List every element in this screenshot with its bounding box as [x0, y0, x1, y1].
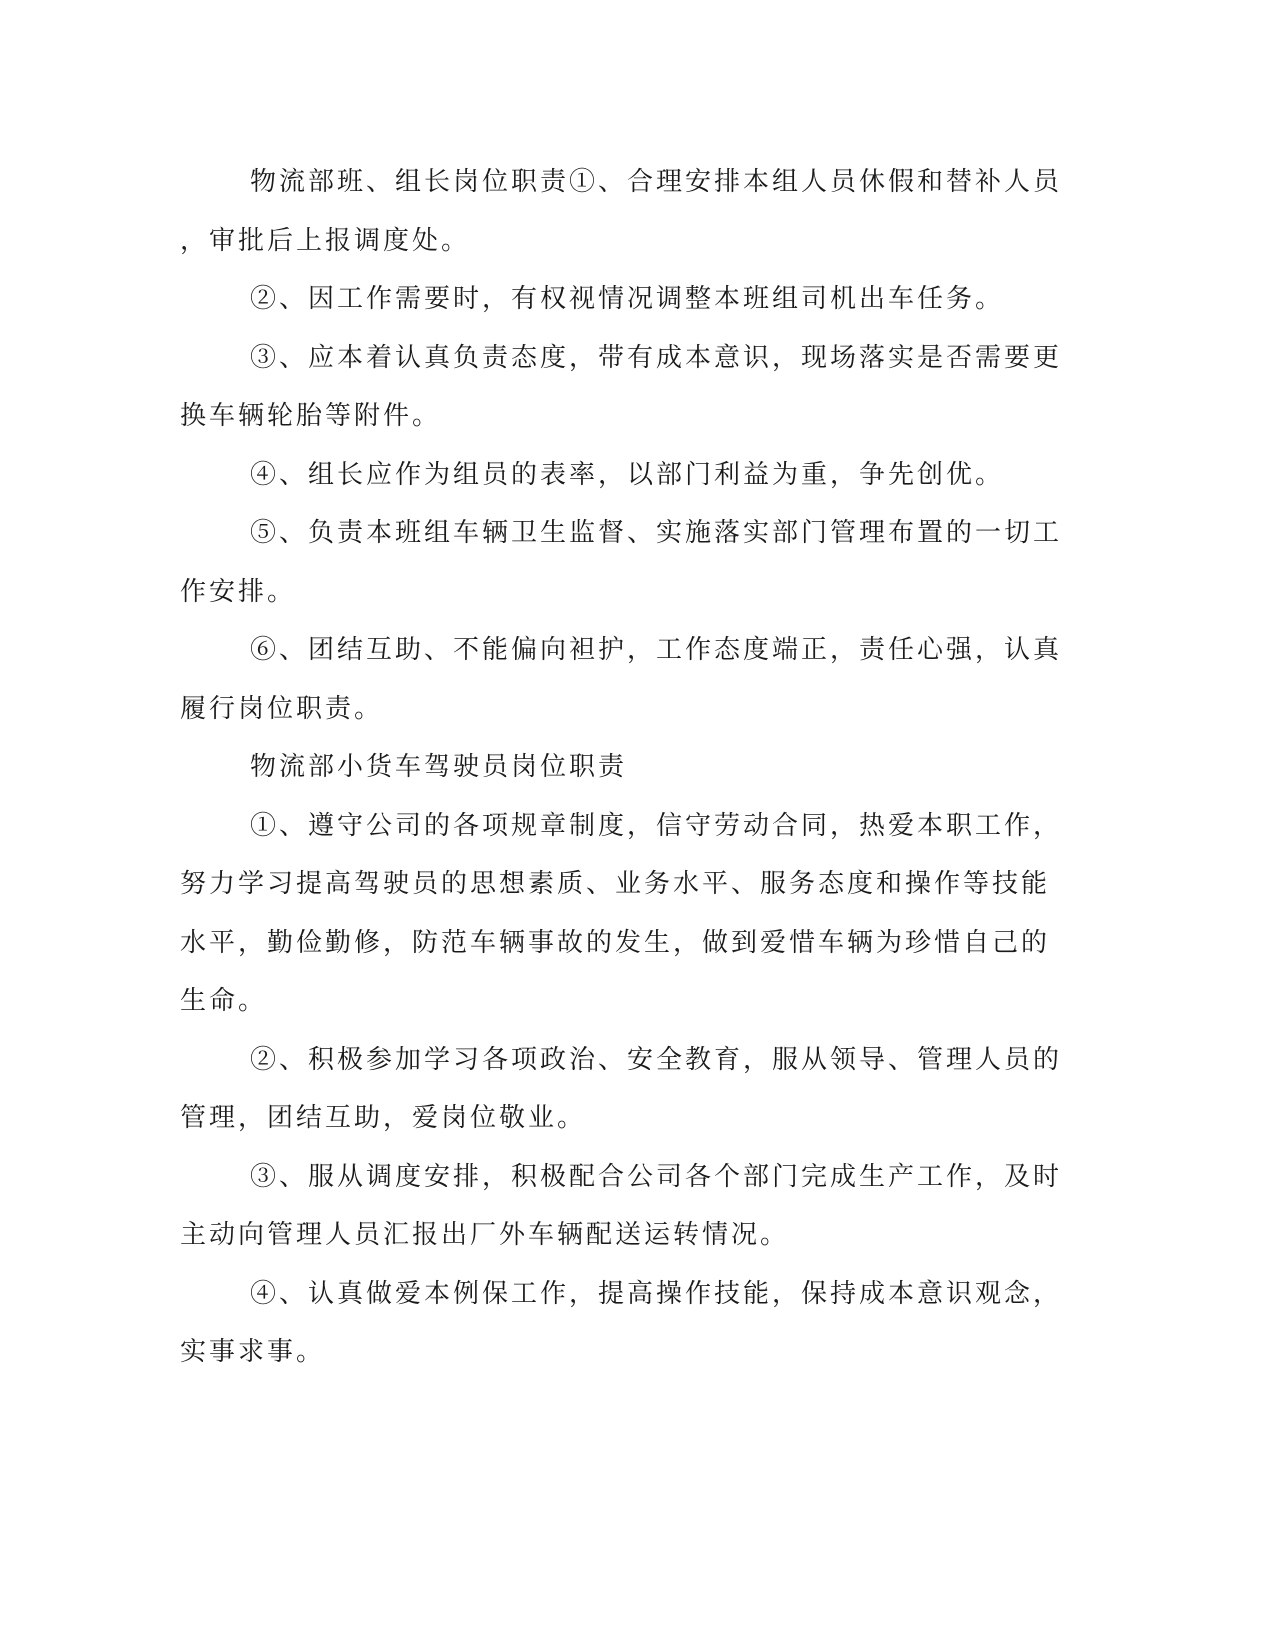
paragraph-team-leader-duty-5: ⑤、负责本班组车辆卫生监督、实施落实部门管理布置的一切工 作安排。 — [180, 509, 1040, 626]
text-line: ，审批后上报调度处。 — [180, 217, 1040, 276]
text-line: ⑤、负责本班组车辆卫生监督、实施落实部门管理布置的一切工 — [180, 509, 1040, 568]
text-line: 履行岗位职责。 — [180, 685, 1040, 744]
text-line: ②、因工作需要时，有权视情况调整本班组司机出车任务。 — [180, 275, 1040, 334]
text-line: ③、应本着认真负责态度，带有成本意识，现场落实是否需要更 — [180, 334, 1040, 393]
text-line: ①、遵守公司的各项规章制度，信守劳动合同，热爱本职工作， — [180, 802, 1040, 861]
section-heading-text: 物流部小货车驾驶员岗位职责 — [180, 743, 1040, 802]
section-heading-driver-duties: 物流部小货车驾驶员岗位职责 — [180, 743, 1040, 802]
paragraph-team-leader-duty-3: ③、应本着认真负责态度，带有成本意识，现场落实是否需要更 换车辆轮胎等附件。 — [180, 334, 1040, 451]
paragraph-team-leader-duty-4: ④、组长应作为组员的表率，以部门利益为重，争先创优。 — [180, 451, 1040, 510]
paragraph-driver-duty-2: ②、积极参加学习各项政治、安全教育，服从领导、管理人员的 管理，团结互助，爱岗位… — [180, 1036, 1040, 1153]
text-line: ④、组长应作为组员的表率，以部门利益为重，争先创优。 — [180, 451, 1040, 510]
text-line: 生命。 — [180, 977, 1040, 1036]
text-line: 努力学习提高驾驶员的思想素质、业务水平、服务态度和操作等技能 — [180, 860, 1040, 919]
text-line: ②、积极参加学习各项政治、安全教育，服从领导、管理人员的 — [180, 1036, 1040, 1095]
paragraph-driver-duty-1: ①、遵守公司的各项规章制度，信守劳动合同，热爱本职工作， 努力学习提高驾驶员的思… — [180, 802, 1040, 1036]
text-line: 作安排。 — [180, 568, 1040, 627]
text-line: 物流部班、组长岗位职责①、合理安排本组人员休假和替补人员 — [180, 158, 1040, 217]
text-line: 管理，团结互助，爱岗位敬业。 — [180, 1094, 1040, 1153]
document-page: 物流部班、组长岗位职责①、合理安排本组人员休假和替补人员 ，审批后上报调度处。 … — [180, 158, 1040, 1387]
text-line: 实事求事。 — [180, 1328, 1040, 1387]
text-line: ③、服从调度安排，积极配合公司各个部门完成生产工作，及时 — [180, 1153, 1040, 1212]
text-line: 水平，勤俭勤修，防范车辆事故的发生，做到爱惜车辆为珍惜自己的 — [180, 919, 1040, 978]
paragraph-team-leader-duty-2: ②、因工作需要时，有权视情况调整本班组司机出车任务。 — [180, 275, 1040, 334]
paragraph-team-leader-duty-6: ⑥、团结互助、不能偏向袒护，工作态度端正，责任心强，认真 履行岗位职责。 — [180, 626, 1040, 743]
paragraph-driver-duty-4: ④、认真做爱本例保工作，提高操作技能，保持成本意识观念， 实事求事。 — [180, 1270, 1040, 1387]
paragraph-team-leader-duty-1: 物流部班、组长岗位职责①、合理安排本组人员休假和替补人员 ，审批后上报调度处。 — [180, 158, 1040, 275]
text-line: ⑥、团结互助、不能偏向袒护，工作态度端正，责任心强，认真 — [180, 626, 1040, 685]
text-line: 主动向管理人员汇报出厂外车辆配送运转情况。 — [180, 1211, 1040, 1270]
paragraph-driver-duty-3: ③、服从调度安排，积极配合公司各个部门完成生产工作，及时 主动向管理人员汇报出厂… — [180, 1153, 1040, 1270]
text-line: ④、认真做爱本例保工作，提高操作技能，保持成本意识观念， — [180, 1270, 1040, 1329]
text-line: 换车辆轮胎等附件。 — [180, 392, 1040, 451]
